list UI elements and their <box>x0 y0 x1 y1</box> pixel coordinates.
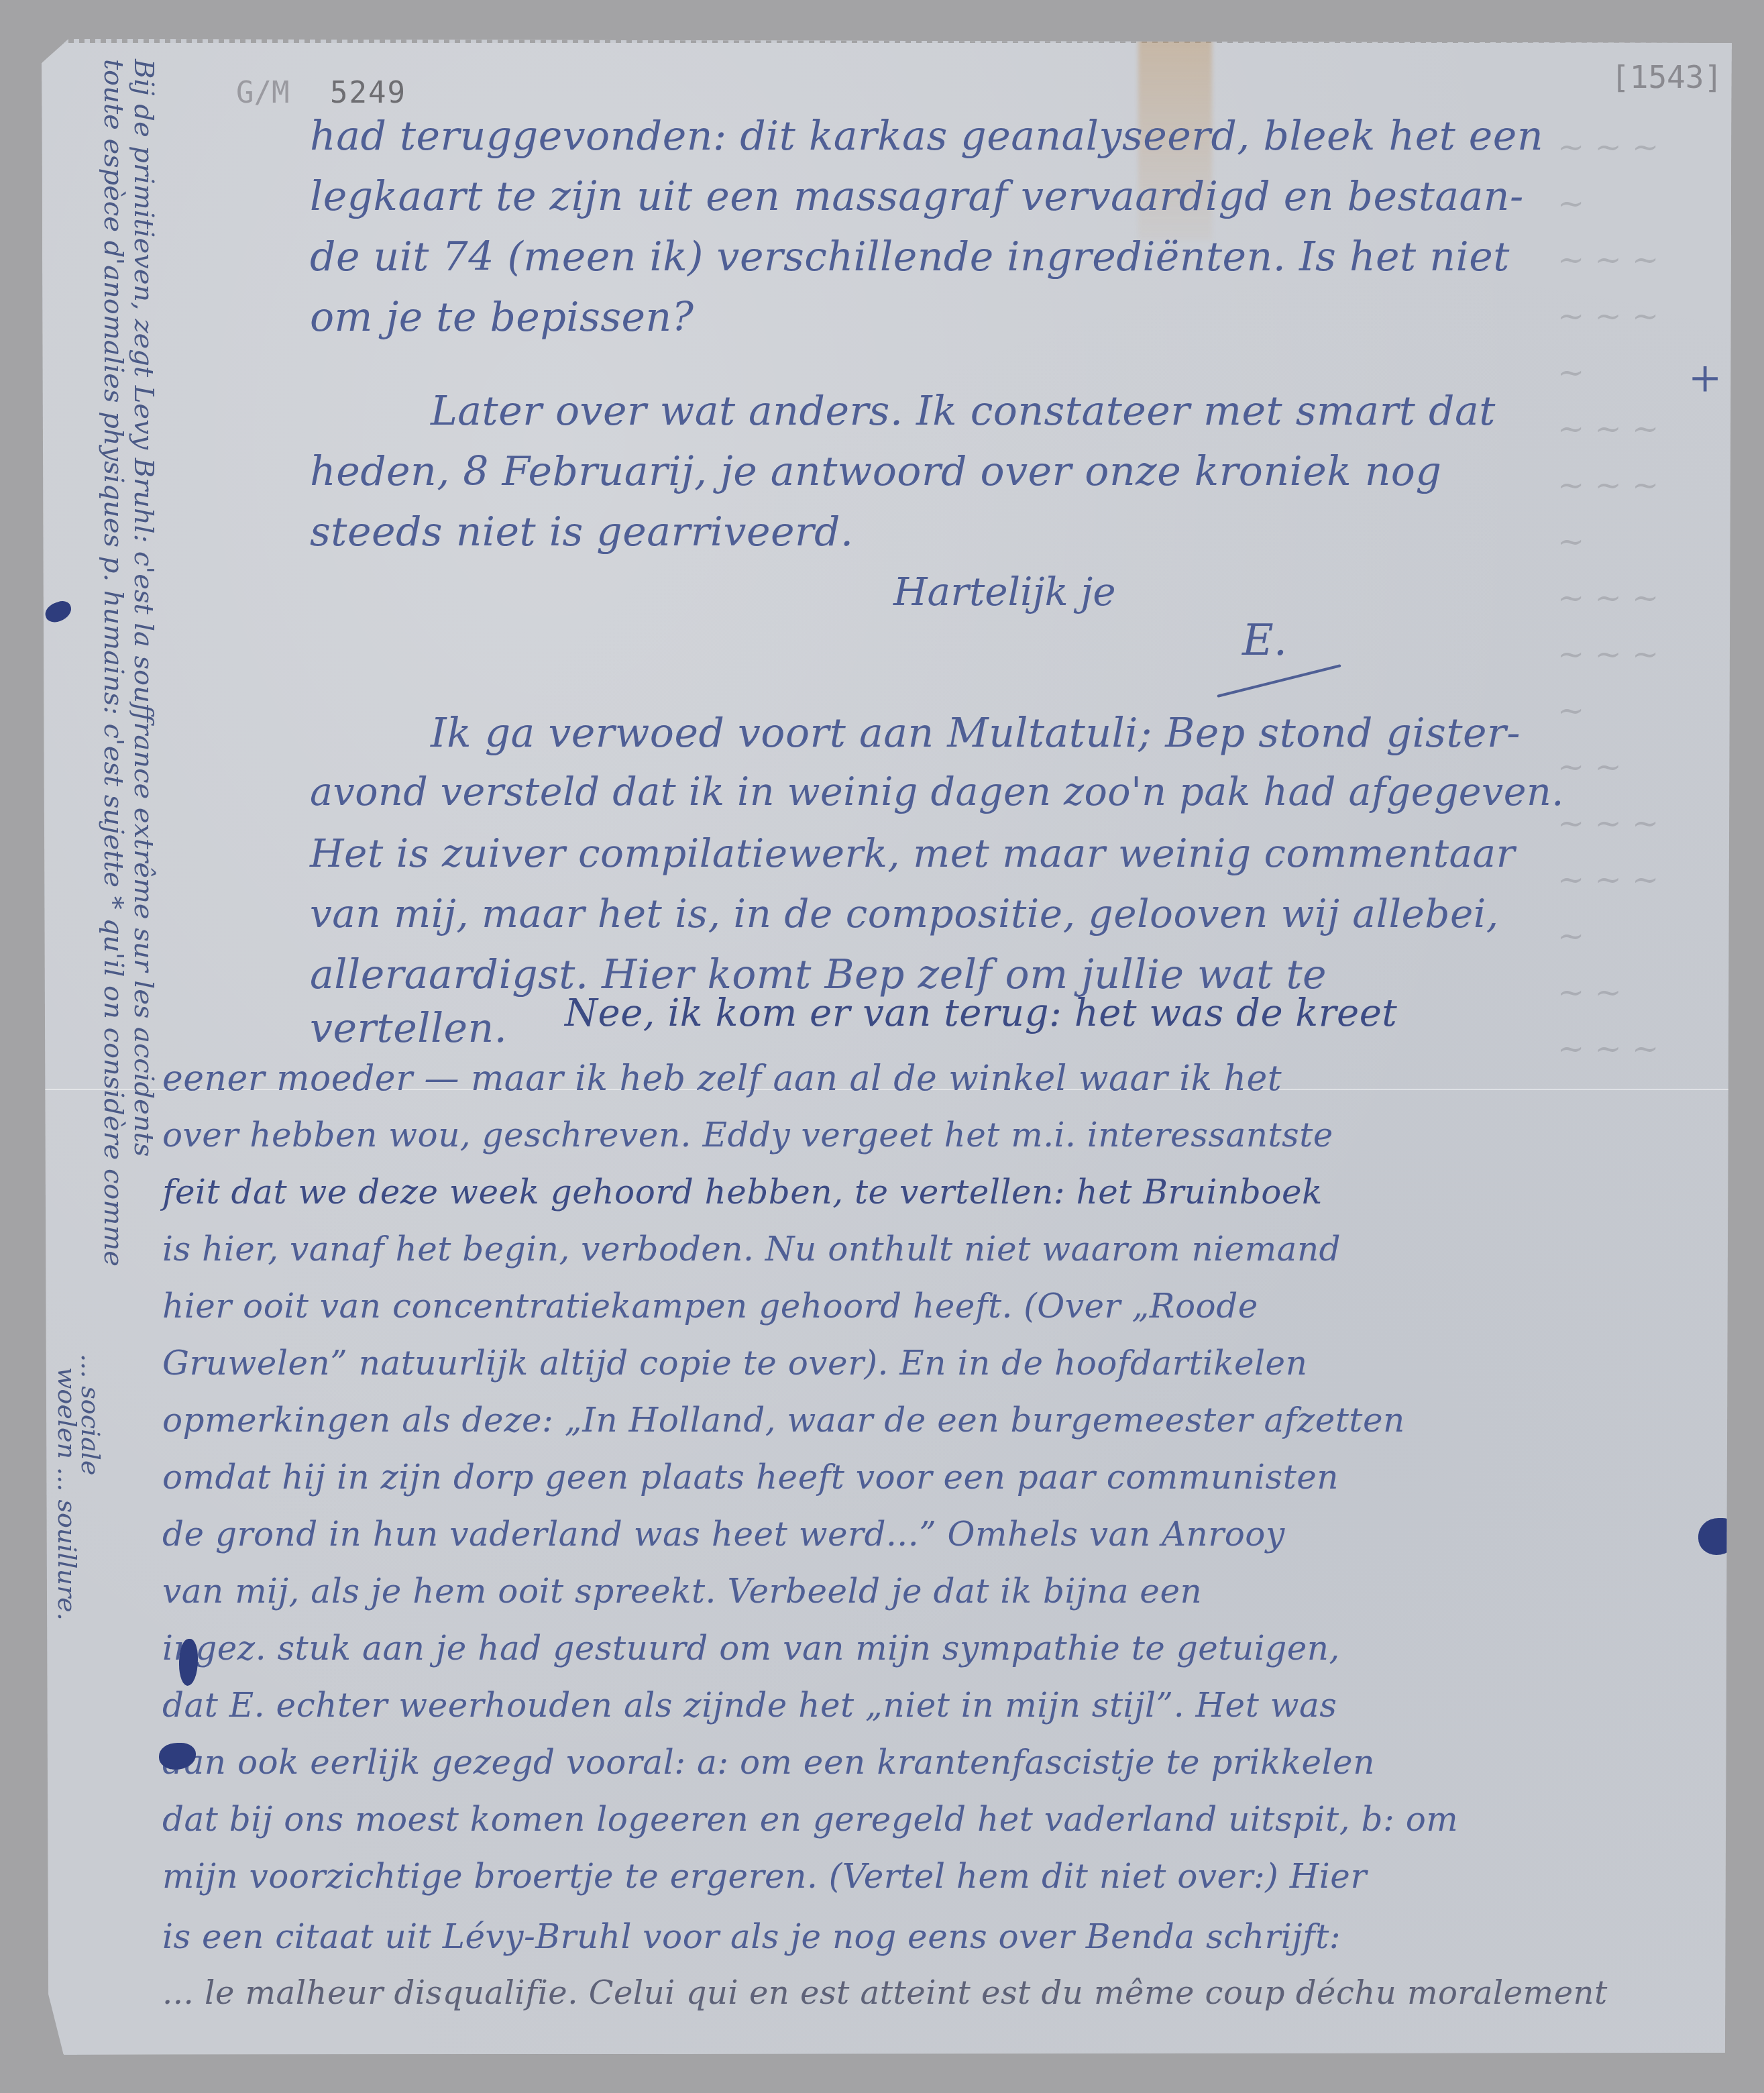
postscript-line: is een citaat uit Lévy-Bruhl voor als je… <box>162 1917 1341 1956</box>
postscript-line: mijn voorzichtige broertje te ergeren. (… <box>162 1857 1367 1896</box>
postscript-line: feit dat we deze week gehoord hebben, te… <box>162 1173 1323 1212</box>
postscript-line: eener moeder — maar ik heb zelf aan al d… <box>162 1059 1282 1099</box>
closing-salutation: Hartelijk je <box>893 569 1116 614</box>
letter-line: Ik ga verwoed voort aan Multatuli; Bep s… <box>431 710 1521 757</box>
letter-line: Later over wat anders. Ik constateer met… <box>431 388 1496 435</box>
letter-line: vertellen. <box>310 1005 507 1052</box>
letter-line: de uit 74 (meen ik) verschillende ingred… <box>310 233 1510 280</box>
right-margin-mark: + <box>1688 354 1722 401</box>
letter-line: heden, 8 Februarij, je antwoord over onz… <box>310 448 1441 495</box>
letter-body: had teruggevonden: dit karkas geanalysee… <box>42 39 1732 2055</box>
letter-line: Het is zuiver compilatiewerk, met maar w… <box>310 830 1515 876</box>
letter-line: van mij, maar het is, in de compositie, … <box>310 891 1499 936</box>
letter-line: had teruggevonden: dit karkas geanalysee… <box>310 113 1543 160</box>
ink-blot <box>1698 1518 1739 1555</box>
postscript-line: ingez. stuk aan je had gestuurd om van m… <box>162 1629 1340 1668</box>
ink-blot <box>42 598 74 625</box>
letter-line: steeds niet is gearriveerd. <box>310 508 854 555</box>
postscript-line: Gruwelen” natuurlijk altijd copie te ove… <box>162 1344 1307 1383</box>
postscript-line: dat E. echter weerhouden als zijnde het … <box>162 1686 1337 1725</box>
postscript-line: de grond in hun vaderland was heet werd.… <box>162 1515 1285 1554</box>
postscript-quote-line: ... le malheur disqualifie. Celui qui en… <box>162 1974 1608 2012</box>
letter-line: avond versteld dat ik in weinig dagen zo… <box>310 770 1564 814</box>
signature-underline <box>1217 664 1341 698</box>
signature: E. <box>1242 616 1287 665</box>
postscript-line: omdat hij in zijn dorp geen plaats heeft… <box>162 1458 1339 1497</box>
postscript-line: dat bij ons moest komen logeeren en gere… <box>162 1800 1458 1839</box>
letter-sheet: ~ ~ ~ ~~ ~ ~~ ~ ~ ~~ ~ ~~ ~ ~ ~~ ~ ~~ ~ … <box>42 39 1732 2055</box>
letter-line: om je te bepissen? <box>310 294 694 341</box>
postscript-line: Nee, ik kom er van terug: het was de kre… <box>565 991 1397 1035</box>
postscript-line: opmerkingen als deze: „In Holland, waar … <box>162 1401 1405 1440</box>
postscript-line: over hebben wou, geschreven. Eddy vergee… <box>162 1116 1333 1155</box>
postscript-line: hier ooit van concentratiekampen gehoord… <box>162 1287 1258 1326</box>
postscript-line: is hier, vanaf het begin, verboden. Nu o… <box>162 1230 1341 1269</box>
postscript-line: van mij, als je hem ooit spreekt. Verbee… <box>162 1572 1202 1611</box>
ink-blot <box>179 1639 198 1686</box>
letter-line: legkaart te zijn uit een massagraf verva… <box>310 173 1524 220</box>
postscript-line: dan ook eerlijk gezegd vooral: a: om een… <box>162 1743 1375 1782</box>
